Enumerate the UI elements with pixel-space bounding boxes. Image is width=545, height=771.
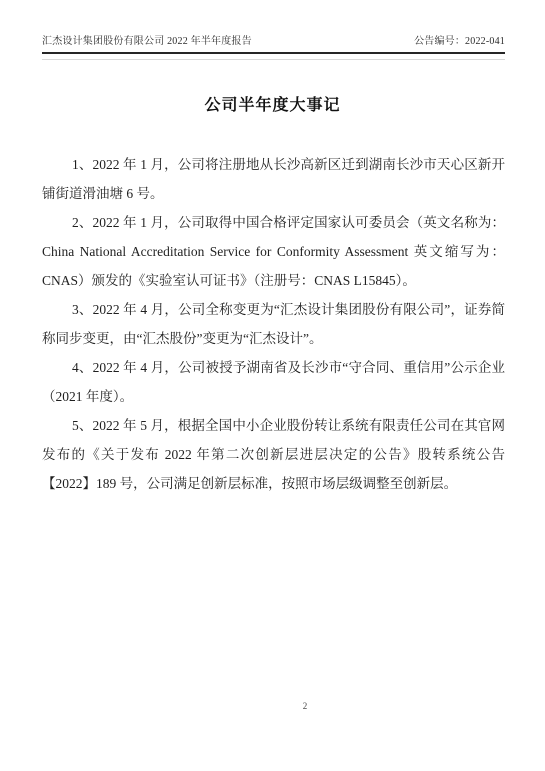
page-title: 公司半年度大事记 [0,97,545,115]
page-number: 2 [303,701,308,712]
page-header: 汇杰设计集团股份有限公司 2022 年半年度报告 公告编号：2022-041 [42,36,505,48]
header-left-text: 汇杰设计集团股份有限公司 2022 年半年度报告 [42,36,252,48]
header-right-text: 公告编号：2022-041 [414,36,505,48]
paragraph-2: 2、2022 年 1 月，公司取得中国合格评定国家认可委员会（英文名称为：Chi… [42,208,505,295]
paragraph-3: 3、2022 年 4 月，公司全称变更为“汇杰设计集团股份有限公司”，证券简称同… [42,295,505,353]
header-divider [42,52,505,54]
document-page: 汇杰设计集团股份有限公司 2022 年半年度报告 公告编号：2022-041 公… [0,0,545,771]
paragraph-1: 1、2022 年 1 月，公司将注册地从长沙高新区迁到湖南长沙市天心区新开铺街道… [42,150,505,208]
document-body: 1、2022 年 1 月，公司将注册地从长沙高新区迁到湖南长沙市天心区新开铺街道… [42,150,505,498]
paragraph-4: 4、2022 年 4 月，公司被授予湖南省及长沙市“守合同、重信用”公示企业（2… [42,353,505,411]
paragraph-5: 5、2022 年 5 月，根据全国中小企业股份转让系统有限责任公司在其官网发布的… [42,411,505,498]
header-divider-shadow [42,59,505,60]
